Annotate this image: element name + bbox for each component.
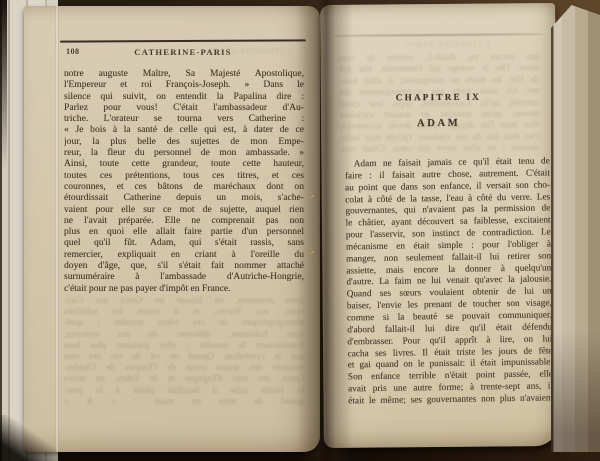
text-line: « Je bois à la santé de celle qui est, à… — [64, 124, 304, 135]
right-page: CATHERINE-PARIS pas encore vu, disait-il… — [320, 3, 559, 448]
text-line: Quint, des vins d'Espagne et de Tokay, o… — [64, 374, 304, 385]
text-line: couronnes, et ces bâtons de maréchaux do… — [64, 181, 304, 192]
bottom-left-shadow — [0, 415, 64, 461]
text-line: jour, la plus belle des sujettes de mon … — [64, 136, 304, 147]
chapter-heading: CHAPITRE IX ADAM — [321, 91, 556, 130]
text-line: fournissaient le tumulte ; elles parlaie… — [64, 341, 304, 352]
text-line: Ainsi, toute cette grandeur, toute cette… — [64, 158, 304, 169]
text-line: venaient des quatre coins de l'Empire de… — [64, 363, 304, 374]
page-crease — [55, 6, 59, 452]
background-sliver — [0, 0, 7, 170]
book-photo: 108 CATHERINE-PARIS CATHERINE-PARIS notr… — [0, 0, 600, 461]
text-line: ne l'avait préparée. Elle ne comprenait … — [64, 215, 304, 226]
left-page-bleedthrough-text: leurs aventures, on laissait les Grecs a… — [64, 296, 304, 408]
chapter-title: ADAM — [321, 117, 556, 130]
bleedthrough-running-head: CATHERINE-PARIS — [200, 47, 300, 56]
text-line: Parlez pour vous! C'était l'ambassadeur … — [64, 102, 304, 113]
text-line: derrière ; on allait servir son cœur. C'… — [339, 142, 539, 155]
text-line: que le cymbalum. Quand on vit du vin ces… — [64, 352, 304, 363]
left-page: 108 CATHERINE-PARIS CATHERINE-PARIS notr… — [24, 6, 320, 452]
right-edge-shadow — [551, 330, 600, 452]
text-line: ethnographiques de ces vieux mondes ; qu… — [64, 318, 304, 329]
text-line: plus en quoi elle allait faire partie d'… — [64, 226, 304, 237]
text-line: toutes ces prétentions, tous ces titres,… — [64, 170, 304, 181]
text-line: leurs aventures, on laissait les Grecs a… — [64, 296, 304, 307]
text-line: quel qu'il fût. Adam, qui s'était rassis… — [64, 237, 304, 248]
text-line: l'Empereur et roi François-Joseph. » Dan… — [64, 79, 304, 90]
bleedthrough-header-rule — [334, 33, 543, 36]
text-line: reur, la fleur du personnel de mon ambas… — [64, 147, 304, 158]
header-rule — [60, 39, 306, 42]
text-line: ques Italiennes, délivrées du jeu extéri… — [64, 330, 304, 341]
text-line: remercier, expliquait en criant à l'orei… — [64, 249, 304, 260]
left-page-body-text: notre auguste Maître, Sa Majesté Apostol… — [64, 68, 304, 294]
chapter-label: CHAPITRE IX — [321, 91, 556, 103]
right-page-body-text: Adam ne faisait jamais ce qu'il était te… — [345, 156, 554, 408]
text-line: c'était pour ne pas payer d'impôt en Fra… — [64, 283, 304, 294]
text-line: la vieille salle il bouillait plutôt à l… — [64, 386, 304, 397]
bleedthrough-running-head: CATHERINE-PARIS — [360, 39, 535, 50]
text-line: surnuméraire à l'ambassade d'Autriche-Ho… — [64, 271, 304, 282]
text-line: doyen d'âge, que, s'il s'était fait nomm… — [64, 260, 304, 271]
text-line: triche. L'orateur se tourna vers Catheri… — [64, 113, 304, 124]
text-line: silence qui suivit, on entendit la Papal… — [64, 91, 304, 102]
text-line: quand de terre en main : « À » — [64, 397, 304, 408]
text-line: rates, aux Slaves, et à toutes les subti… — [64, 307, 304, 318]
text-line: étourdissait Catherine depuis un mois, s… — [64, 192, 304, 203]
text-line: notre auguste Maître, Sa Majesté Apostol… — [64, 68, 304, 79]
text-line: était le même; ses gouvernantes non plus… — [348, 393, 553, 408]
text-line: vaient pour elle sur ce mot de sujette, … — [64, 204, 304, 215]
